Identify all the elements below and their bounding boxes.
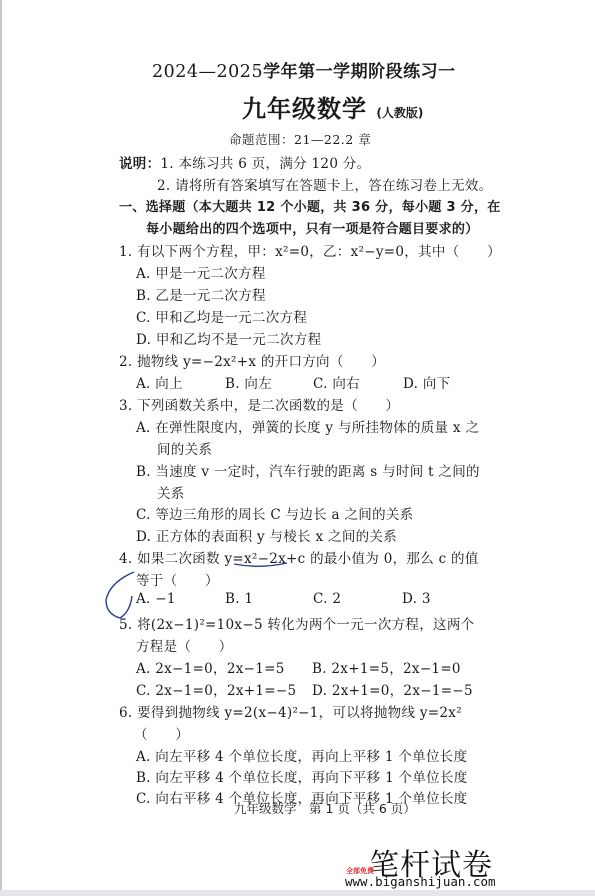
option-label: B. [225, 376, 240, 392]
question-stem: 要得到抛物线 y=2(x−4)²−1，可以将抛物线 y=2x² [137, 705, 462, 721]
option-3b[interactable]: B. 当速度 v 一定时，汽车行驶的距离 s 与时间 t 之间的 [136, 460, 480, 480]
option-5d[interactable]: D. 2x+1=0，2x−1=−5 [312, 679, 473, 699]
question-3: 3. 下列函数关系中，是二次函数的是（ ） [119, 394, 399, 414]
option-text: 2x−1=0，2x−1=5 [155, 661, 284, 677]
question-5: 5. 将(2x−1)²=10x−5 转化为两个一元一次方程，这两个 [119, 613, 474, 633]
question-2: 2. 抛物线 y=−2x²+x 的开口方向（ ） [119, 350, 385, 370]
option-label: D. [136, 529, 151, 545]
question-number: 4. [119, 551, 132, 567]
bottom-strip [0, 890, 595, 896]
question-1: 1. 有以下两个方程，甲：x²=0，乙：x²−y=0，其中（ ） [119, 240, 501, 260]
question-stem: 下列函数关系中，是二次函数的是（ ） [137, 398, 399, 414]
question-4: 4. 如果二次函数 y=x²−2x+c 的最小值为 0，那么 c 的值 [119, 547, 479, 567]
option-text: 甲和乙均是一元二次方程 [155, 310, 307, 326]
option-3a-cont: 间的关系 [157, 438, 212, 458]
option-label: A. [136, 420, 151, 436]
option-text: 向右 [332, 376, 360, 392]
option-text: 向左平移 4 个单位长度，再向上平移 1 个单位长度 [155, 749, 467, 765]
option-label: D. [136, 332, 151, 348]
option-3b-cont: 关系 [157, 482, 185, 502]
question-number: 3. [119, 398, 132, 414]
option-2b[interactable]: B. 向左 [225, 372, 272, 392]
option-text: 2x+1=5，2x−1=0 [331, 661, 460, 677]
watermark-url: www.biganshijuan.com [345, 874, 496, 889]
exam-title: 2024—2025学年第一学期阶段练习一 [152, 57, 456, 82]
option-text: 向下 [423, 376, 451, 392]
option-label: B. [225, 591, 240, 607]
option-2c[interactable]: C. 向右 [313, 372, 360, 392]
exam-page: 2024—2025学年第一学期阶段练习一 九年级数学 (人教版) 命题范围：21… [0, 0, 595, 890]
option-label: C. [136, 683, 151, 699]
option-label: B. [136, 770, 151, 786]
exam-year: 2024—2025 [152, 62, 263, 82]
option-text: 向左 [244, 376, 272, 392]
option-4b[interactable]: B. 1 [225, 591, 253, 607]
question-stem: 如果二次函数 y=x²−2x+c 的最小值为 0，那么 c 的值 [137, 551, 479, 567]
option-label: D. [402, 591, 417, 607]
question-number: 2. [119, 354, 132, 370]
option-3c[interactable]: C. 等边三角形的周长 C 与边长 a 之间的关系 [136, 503, 414, 523]
option-label: A. [136, 376, 151, 392]
question-number: 1. [119, 244, 132, 260]
option-label: A. [136, 591, 151, 607]
option-text: 乙是一元二次方程 [155, 288, 265, 304]
option-label: C. [313, 591, 328, 607]
option-label: A. [136, 266, 151, 282]
option-text: 甲是一元二次方程 [155, 266, 265, 282]
option-3d[interactable]: D. 正方体的表面积 y 与棱长 x 之间的关系 [136, 525, 397, 545]
option-label: D. [312, 683, 327, 699]
option-label: D. [403, 376, 418, 392]
option-label: C. [136, 507, 151, 523]
option-4a[interactable]: A. −1 [136, 591, 176, 607]
option-1a[interactable]: A. 甲是一元二次方程 [136, 262, 266, 282]
subject-title: 九年级数学 (人教版) [242, 89, 423, 124]
option-label: A. [136, 661, 151, 677]
question-stem: 将(2x−1)²=10x−5 转化为两个一元一次方程，这两个 [137, 617, 474, 633]
option-label: B. [136, 464, 151, 480]
option-3a[interactable]: A. 在弹性限度内，弹簧的长度 y 与所挂物体的质量 x 之 [136, 416, 479, 436]
option-text: 2x−1=0，2x+1=−5 [155, 683, 296, 699]
question-number: 6. [119, 705, 132, 721]
option-2a[interactable]: A. 向上 [136, 372, 183, 392]
question-stem: 有以下两个方程，甲：x²=0，乙：x²−y=0，其中（ ） [137, 244, 501, 260]
option-text: 向上 [155, 376, 183, 392]
question-stem-cont: 方程是（ ） [136, 635, 233, 655]
scope-line: 命题范围：21—22.2 章 [229, 130, 371, 148]
option-4c[interactable]: C. 2 [313, 591, 341, 607]
section-heading-cont: 每小题给出的四个选项中，只有一项是符合题目要求的） [146, 218, 479, 237]
option-text: −1 [155, 591, 176, 607]
option-label: C. [313, 376, 328, 392]
option-text: 2 [332, 591, 341, 607]
section-heading: 一、选择题（本大题共 12 个小题，共 36 分，每小题 3 分，在 [119, 196, 501, 215]
note-item: 2. 请将所有答案填写在答题卡上，答在练习卷上无效。 [157, 174, 492, 194]
note-item: 1. 本练习共 6 页，满分 120 分。 [160, 156, 370, 172]
exam-title-text: 学年第一学期阶段练习一 [263, 62, 456, 82]
option-label: B. [136, 288, 151, 304]
option-1d[interactable]: D. 甲和乙均不是一元二次方程 [136, 328, 321, 348]
option-text: 正方体的表面积 y 与棱长 x 之间的关系 [156, 529, 397, 545]
question-stem-cont: （ ） [134, 723, 189, 743]
option-text: 甲和乙均不是一元二次方程 [156, 332, 322, 348]
question-stem: 抛物线 y=−2x²+x 的开口方向（ ） [137, 354, 385, 370]
option-label: A. [136, 749, 151, 765]
option-1c[interactable]: C. 甲和乙均是一元二次方程 [136, 306, 307, 326]
option-label: C. [136, 310, 151, 326]
option-text: 3 [422, 591, 431, 607]
subject-name: 九年级数学 [242, 95, 367, 123]
option-6b[interactable]: B. 向左平移 4 个单位长度，再向下平移 1 个单位长度 [136, 766, 468, 786]
option-5b[interactable]: B. 2x+1=5，2x−1=0 [312, 657, 461, 677]
option-text: 向左平移 4 个单位长度，再向下平移 1 个单位长度 [155, 770, 467, 786]
option-5c[interactable]: C. 2x−1=0，2x+1=−5 [136, 679, 296, 699]
question-6: 6. 要得到抛物线 y=2(x−4)²−1，可以将抛物线 y=2x² [119, 701, 462, 721]
option-text: 1 [244, 591, 253, 607]
option-4d[interactable]: D. 3 [402, 591, 431, 607]
notes-line-1: 说明：1. 本练习共 6 页，满分 120 分。 [119, 152, 370, 172]
option-text: 在弹性限度内，弹簧的长度 y 与所挂物体的质量 x 之 [155, 420, 479, 436]
option-text: 2x+1=0，2x−1=−5 [332, 683, 473, 699]
option-1b[interactable]: B. 乙是一元二次方程 [136, 284, 266, 304]
question-stem-cont: 等于（ ） [136, 569, 219, 589]
circle-mark [106, 572, 134, 618]
page-footer: 九年级数学 第 1 页（共 6 页） [234, 799, 416, 817]
option-6a[interactable]: A. 向左平移 4 个单位长度，再向上平移 1 个单位长度 [136, 745, 467, 765]
option-label: B. [312, 661, 327, 677]
option-label: C. [136, 791, 151, 807]
question-number: 5. [119, 617, 132, 633]
option-5a[interactable]: A. 2x−1=0，2x−1=5 [136, 657, 285, 677]
option-text: 等边三角形的周长 C 与边长 a 之间的关系 [155, 507, 413, 523]
edition-label: (人教版) [376, 106, 423, 120]
option-text: 当速度 v 一定时，汽车行驶的距离 s 与时间 t 之间的 [155, 464, 479, 480]
option-2d[interactable]: D. 向下 [403, 372, 450, 392]
notes-label: 说明： [119, 156, 160, 172]
